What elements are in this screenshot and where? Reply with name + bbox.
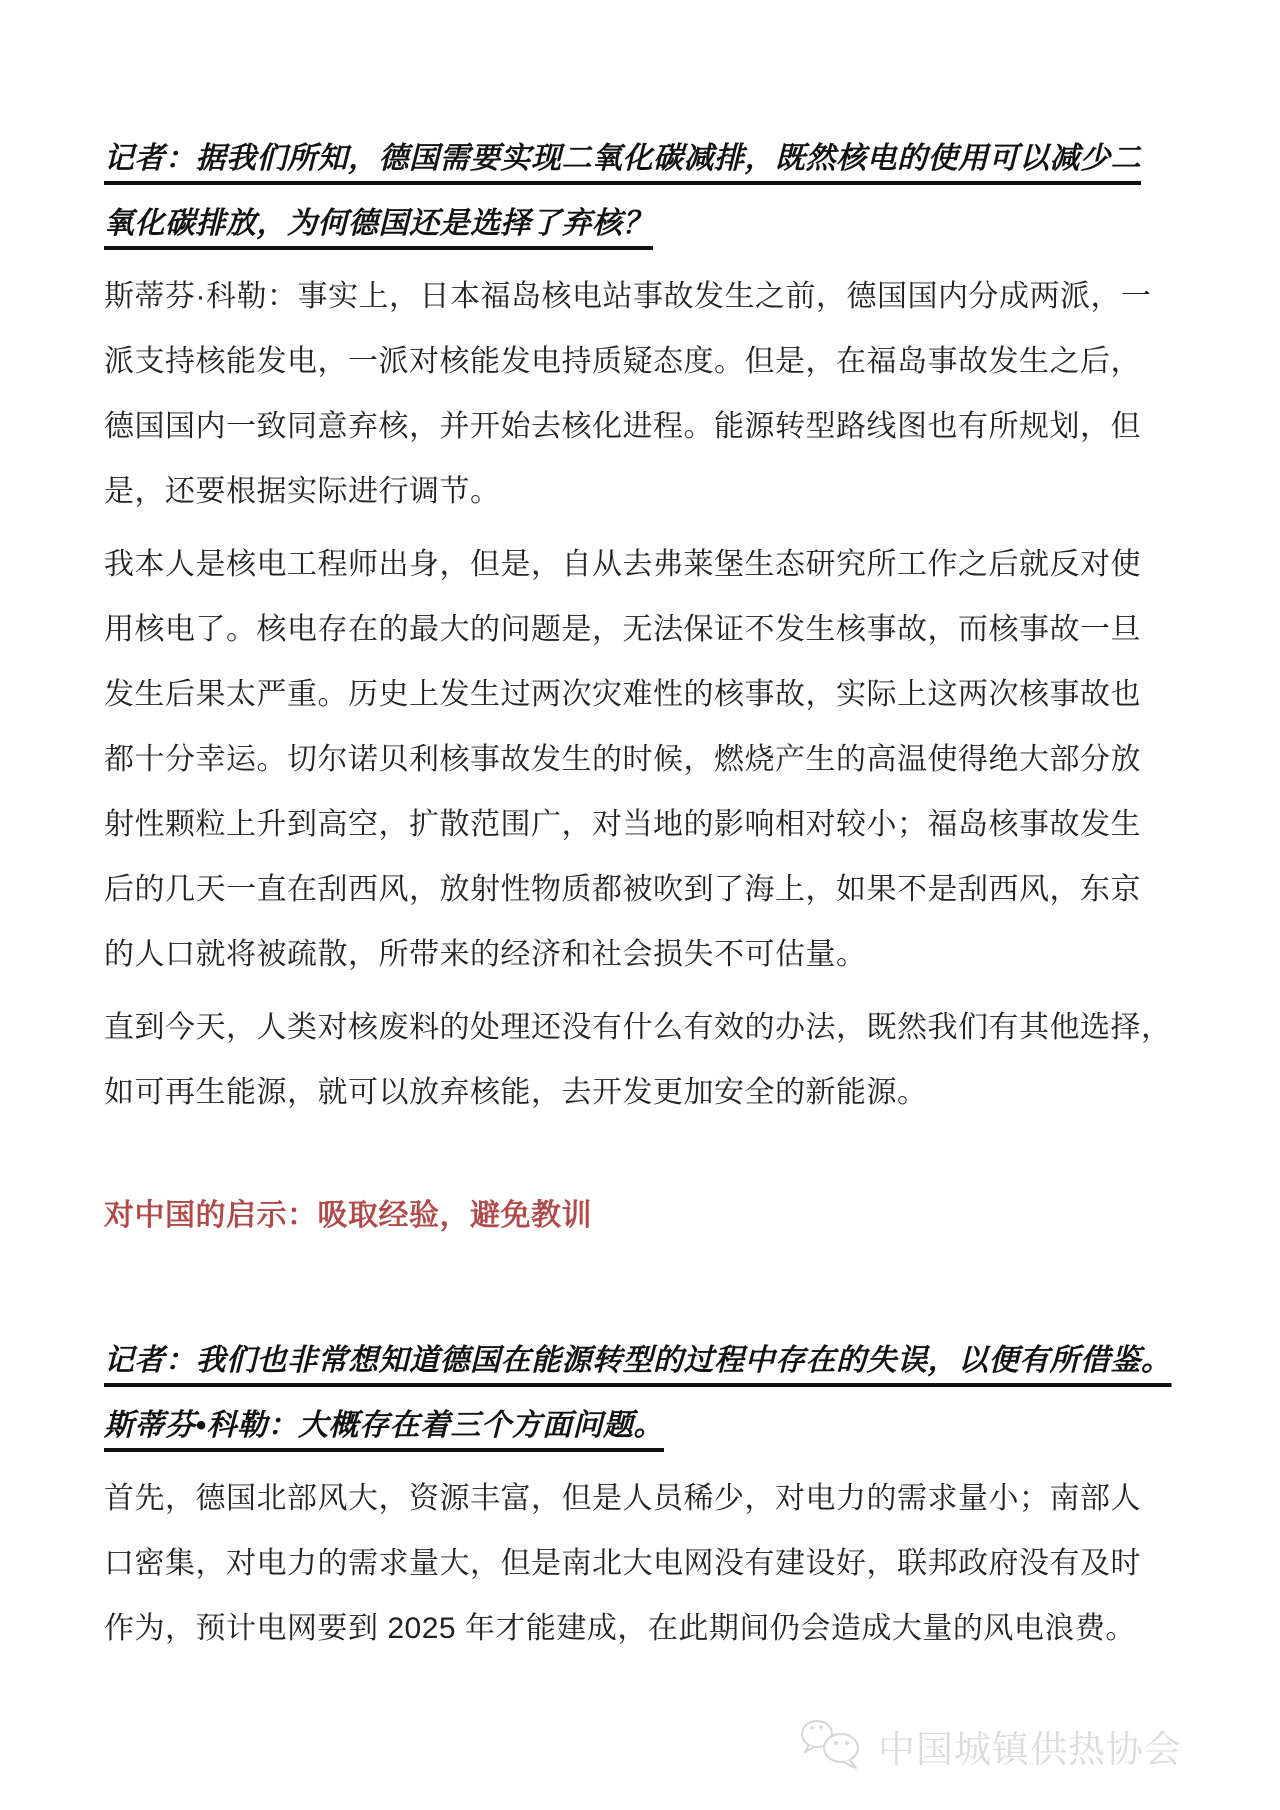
watermark-footer: 中国城镇供热协会 xyxy=(104,1717,1182,1775)
interview-answer-1-part-2: 我本人是核电工程师出身，但是，自从去弗莱堡生态研究所工作之后就反对使 用核电了。… xyxy=(104,532,1182,987)
interview-answer-1-part-3: 直到今天，人类对核废料的处理还没有什么有效的办法，既然我们有其他选择， 如可再生… xyxy=(104,995,1182,1125)
section-heading: 对中国的启示：吸取经验，避免教训 xyxy=(104,1183,1182,1248)
wechat-icon xyxy=(798,1717,868,1775)
interview-answer-2: 首先，德国北部风大，资源丰富，但是人员稀少，对电力的需求量小；南部人 口密集，对… xyxy=(104,1466,1182,1661)
watermark-text: 中国城镇供热协会 xyxy=(878,1719,1182,1773)
interview-question-2: 记者：我们也非常想知道德国在能源转型的过程中存在的失误，以便有所借鉴。 斯蒂芬•… xyxy=(104,1328,1182,1458)
interview-question-1: 记者：据我们所知，德国需要实现二氧化碳减排，既然核电的使用可以减少二 氧化碳排放… xyxy=(104,126,1182,256)
interview-answer-1-part-1: 斯蒂芬·科勒：事实上，日本福岛核电站事故发生之前，德国国内分成两派，一 派支持核… xyxy=(104,264,1182,524)
article-page: 记者：据我们所知，德国需要实现二氧化碳减排，既然核电的使用可以减少二 氧化碳排放… xyxy=(0,0,1280,1810)
